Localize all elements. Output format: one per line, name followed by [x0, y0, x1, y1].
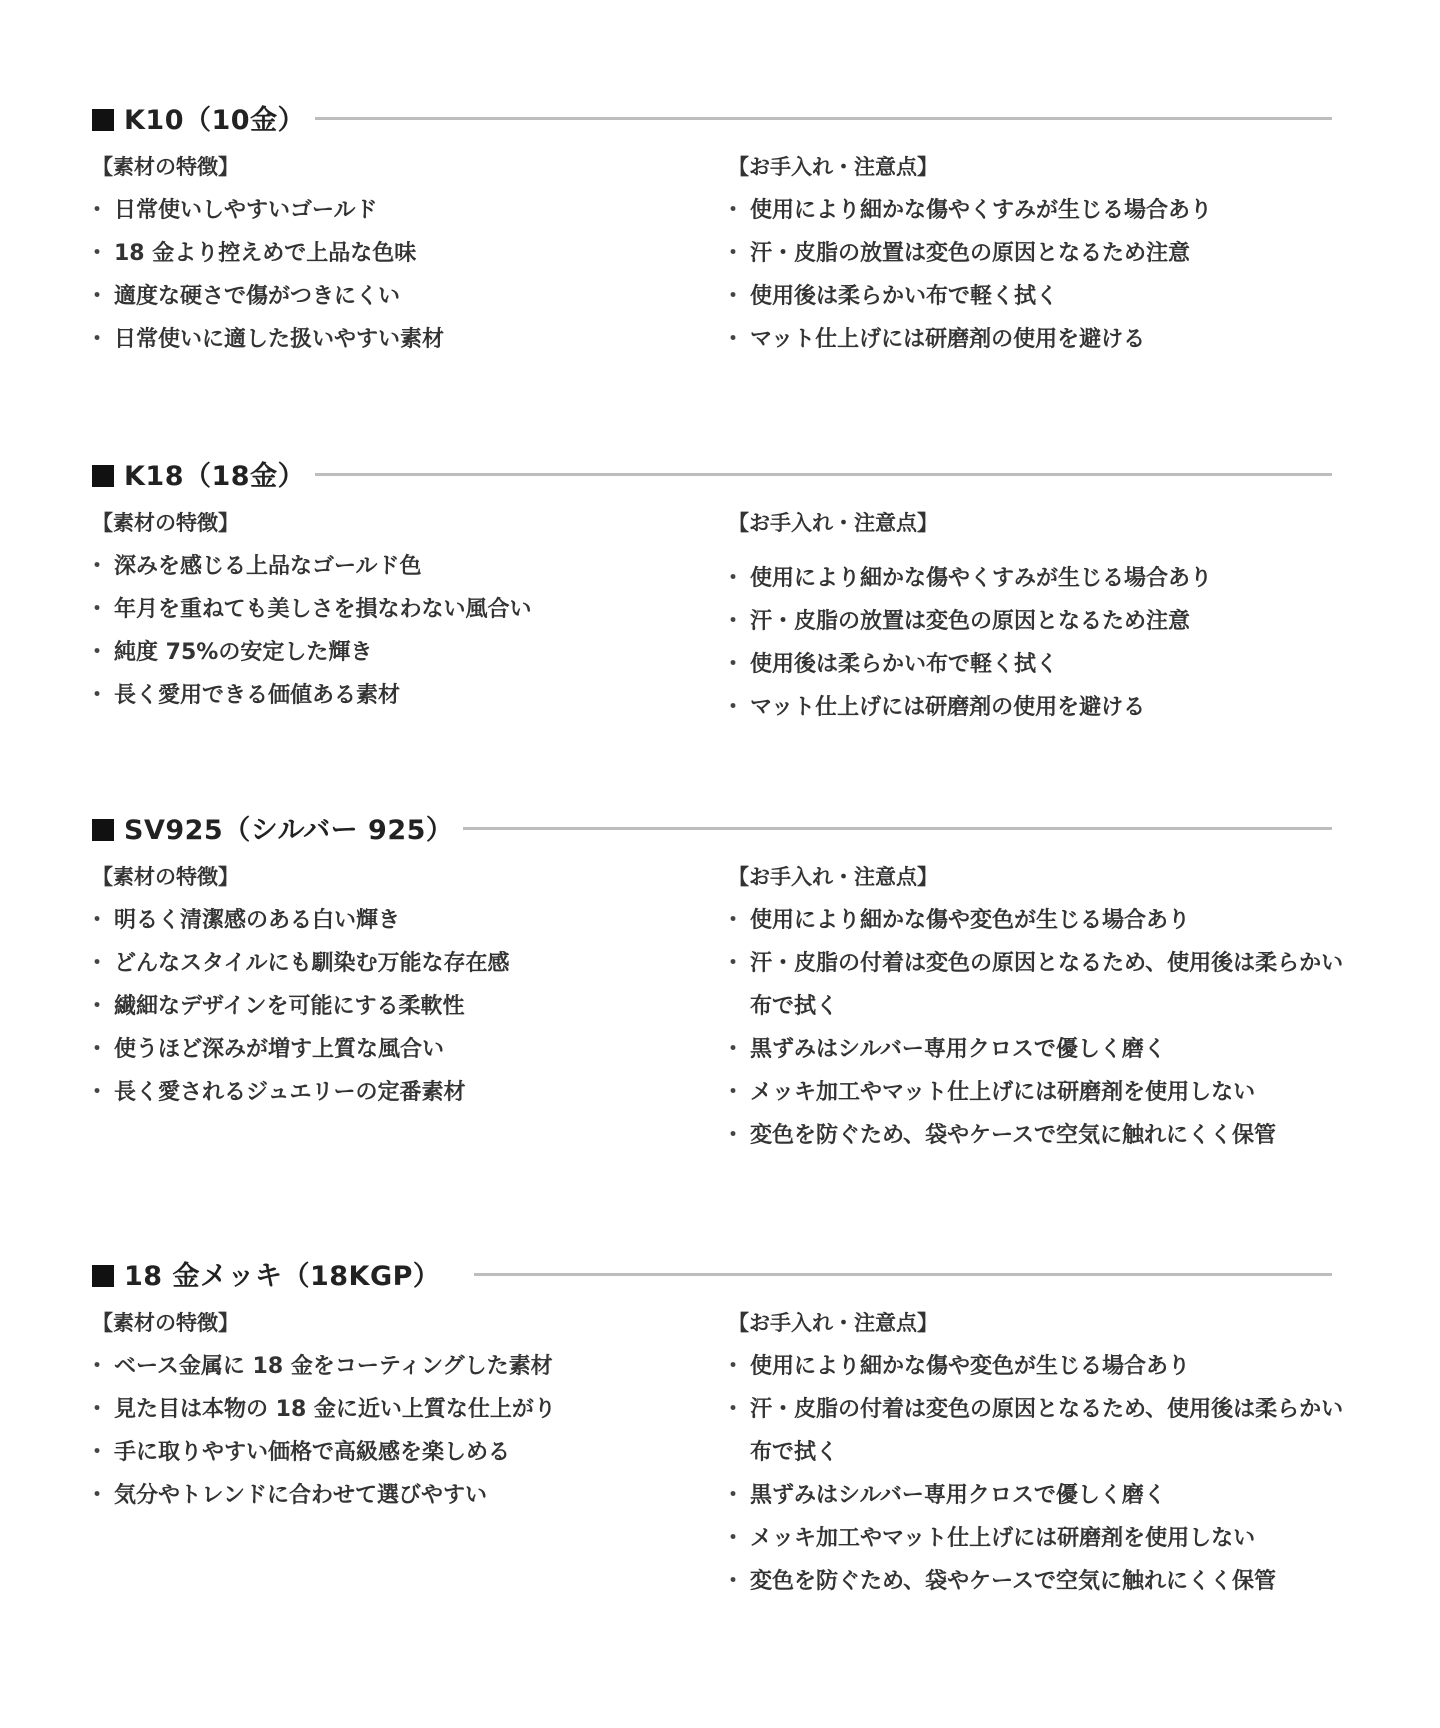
list-item: マット仕上げには研磨剤の使用を避ける: [728, 318, 1440, 361]
list-item: 明るく清潔感のある白い輝き: [92, 899, 712, 942]
list-item: 使用により細かな傷やくすみが生じる場合あり: [728, 189, 1440, 232]
features-list: 明るく清潔感のある白い輝き どんなスタイルにも馴染む万能な存在感 繊細なデザイン…: [92, 899, 712, 1114]
care-label: 【お手入れ・注意点】: [728, 1302, 1440, 1345]
section-header: 18 金メッキ（18KGP）: [92, 1256, 1332, 1290]
features-column: 【素材の特徴】 深みを感じる上品なゴールド色 年月を重ねても美しさを損なわない風…: [92, 502, 712, 717]
list-item: どんなスタイルにも馴染む万能な存在感: [92, 942, 712, 985]
list-item: 年月を重ねても美しさを損なわない風合い: [92, 588, 712, 631]
section-title-text: 18 金メッキ（18KGP）: [124, 1261, 440, 1292]
square-bullet-icon: [92, 109, 114, 131]
list-item: 深みを感じる上品なゴールド色: [92, 545, 712, 588]
features-list: ベース金属に 18 金をコーティングした素材 見た目は本物の 18 金に近い上質…: [92, 1345, 712, 1517]
list-item: 長く愛用できる価値ある素材: [92, 674, 712, 717]
care-list: 使用により細かな傷やくすみが生じる場合あり 汗・皮脂の放置は変色の原因となるため…: [728, 189, 1440, 361]
divider-rule: [474, 1273, 1332, 1276]
features-list: 深みを感じる上品なゴールド色 年月を重ねても美しさを損なわない風合い 純度 75…: [92, 545, 712, 717]
divider-rule: [315, 117, 1332, 120]
care-list: 使用により細かな傷や変色が生じる場合あり 汗・皮脂の付着は変色の原因となるため、…: [728, 899, 1440, 1157]
list-item: 見た目は本物の 18 金に近い上質な仕上がり: [92, 1388, 712, 1431]
features-column: 【素材の特徴】 明るく清潔感のある白い輝き どんなスタイルにも馴染む万能な存在感…: [92, 856, 712, 1114]
list-item: 使用により細かな傷やくすみが生じる場合あり: [728, 557, 1440, 600]
square-bullet-icon: [92, 819, 114, 841]
care-label: 【お手入れ・注意点】: [728, 502, 1440, 545]
features-label: 【素材の特徴】: [92, 1302, 712, 1345]
square-bullet-icon: [92, 1265, 114, 1287]
list-item: メッキ加工やマット仕上げには研磨剤を使用しない: [728, 1071, 1440, 1114]
list-item: 使用により細かな傷や変色が生じる場合あり: [728, 899, 1440, 942]
list-item: マット仕上げには研磨剤の使用を避ける: [728, 686, 1440, 729]
list-item: 日常使いしやすいゴールド: [92, 189, 712, 232]
list-item: 日常使いに適した扱いやすい素材: [92, 318, 712, 361]
list-item: 使用により細かな傷や変色が生じる場合あり: [728, 1345, 1440, 1388]
list-item: 手に取りやすい価格で高級感を楽しめる: [92, 1431, 712, 1474]
care-column: 【お手入れ・注意点】 使用により細かな傷やくすみが生じる場合あり 汗・皮脂の放置…: [728, 502, 1440, 729]
care-column: 【お手入れ・注意点】 使用により細かな傷やくすみが生じる場合あり 汗・皮脂の放置…: [728, 146, 1440, 361]
features-column: 【素材の特徴】 ベース金属に 18 金をコーティングした素材 見た目は本物の 1…: [92, 1302, 712, 1517]
section-sv925: SV925（シルバー 925） 【素材の特徴】 明るく清潔感のある白い輝き どん…: [92, 810, 1332, 856]
features-label: 【素材の特徴】: [92, 856, 712, 899]
features-list: 日常使いしやすいゴールド 18 金より控えめで上品な色味 適度な硬さで傷がつきに…: [92, 189, 712, 361]
section-header: K10（10金）: [92, 100, 1332, 134]
list-item: 適度な硬さで傷がつきにくい: [92, 275, 712, 318]
section-title-text: K10（10金）: [124, 105, 305, 136]
care-column: 【お手入れ・注意点】 使用により細かな傷や変色が生じる場合あり 汗・皮脂の付着は…: [728, 856, 1440, 1157]
list-item: 汗・皮脂の付着は変色の原因となるため、使用後は柔らかい布で拭く: [728, 942, 1350, 1028]
care-label: 【お手入れ・注意点】: [728, 856, 1440, 899]
list-item: 変色を防ぐため、袋やケースで空気に触れにくく保管: [728, 1560, 1350, 1603]
square-bullet-icon: [92, 465, 114, 487]
section-k10: K10（10金） 【素材の特徴】 日常使いしやすいゴールド 18 金より控えめで…: [92, 100, 1332, 146]
list-item: 純度 75%の安定した輝き: [92, 631, 712, 674]
divider-rule: [463, 827, 1332, 830]
list-item: ベース金属に 18 金をコーティングした素材: [92, 1345, 712, 1388]
list-item: 長く愛されるジュエリーの定番素材: [92, 1071, 712, 1114]
features-column: 【素材の特徴】 日常使いしやすいゴールド 18 金より控えめで上品な色味 適度な…: [92, 146, 712, 361]
list-item: 使用後は柔らかい布で軽く拭く: [728, 643, 1440, 686]
list-item: 黒ずみはシルバー専用クロスで優しく磨く: [728, 1028, 1440, 1071]
care-label: 【お手入れ・注意点】: [728, 146, 1440, 189]
list-item: 黒ずみはシルバー専用クロスで優しく磨く: [728, 1474, 1440, 1517]
list-item: 使用後は柔らかい布で軽く拭く: [728, 275, 1440, 318]
list-item: 汗・皮脂の放置は変色の原因となるため注意: [728, 600, 1440, 643]
care-list: 使用により細かな傷やくすみが生じる場合あり 汗・皮脂の放置は変色の原因となるため…: [728, 557, 1440, 729]
features-label: 【素材の特徴】: [92, 502, 712, 545]
section-header: K18（18金）: [92, 456, 1332, 490]
section-k18: K18（18金） 【素材の特徴】 深みを感じる上品なゴールド色 年月を重ねても美…: [92, 456, 1332, 502]
list-item: 18 金より控えめで上品な色味: [92, 232, 712, 275]
list-item: 変色を防ぐため、袋やケースで空気に触れにくく保管: [728, 1114, 1350, 1157]
section-title: 18 金メッキ（18KGP）: [92, 1254, 440, 1293]
section-header: SV925（シルバー 925）: [92, 810, 1332, 844]
list-item: 繊細なデザインを可能にする柔軟性: [92, 985, 712, 1028]
divider-rule: [315, 473, 1332, 476]
section-title-text: SV925（シルバー 925）: [124, 815, 453, 846]
section-18kgp: 18 金メッキ（18KGP） 【素材の特徴】 ベース金属に 18 金をコーティン…: [92, 1256, 1332, 1302]
section-title: K18（18金）: [92, 454, 305, 493]
list-item: 使うほど深みが増す上質な風合い: [92, 1028, 712, 1071]
section-title: SV925（シルバー 925）: [92, 808, 453, 847]
list-item: メッキ加工やマット仕上げには研磨剤を使用しない: [728, 1517, 1440, 1560]
features-label: 【素材の特徴】: [92, 146, 712, 189]
section-title: K10（10金）: [92, 98, 305, 137]
care-list: 使用により細かな傷や変色が生じる場合あり 汗・皮脂の付着は変色の原因となるため、…: [728, 1345, 1440, 1603]
section-title-text: K18（18金）: [124, 461, 305, 492]
list-item: 汗・皮脂の付着は変色の原因となるため、使用後は柔らかい布で拭く: [728, 1388, 1350, 1474]
list-item: 汗・皮脂の放置は変色の原因となるため注意: [728, 232, 1440, 275]
care-column: 【お手入れ・注意点】 使用により細かな傷や変色が生じる場合あり 汗・皮脂の付着は…: [728, 1302, 1440, 1603]
list-item: 気分やトレンドに合わせて選びやすい: [92, 1474, 712, 1517]
